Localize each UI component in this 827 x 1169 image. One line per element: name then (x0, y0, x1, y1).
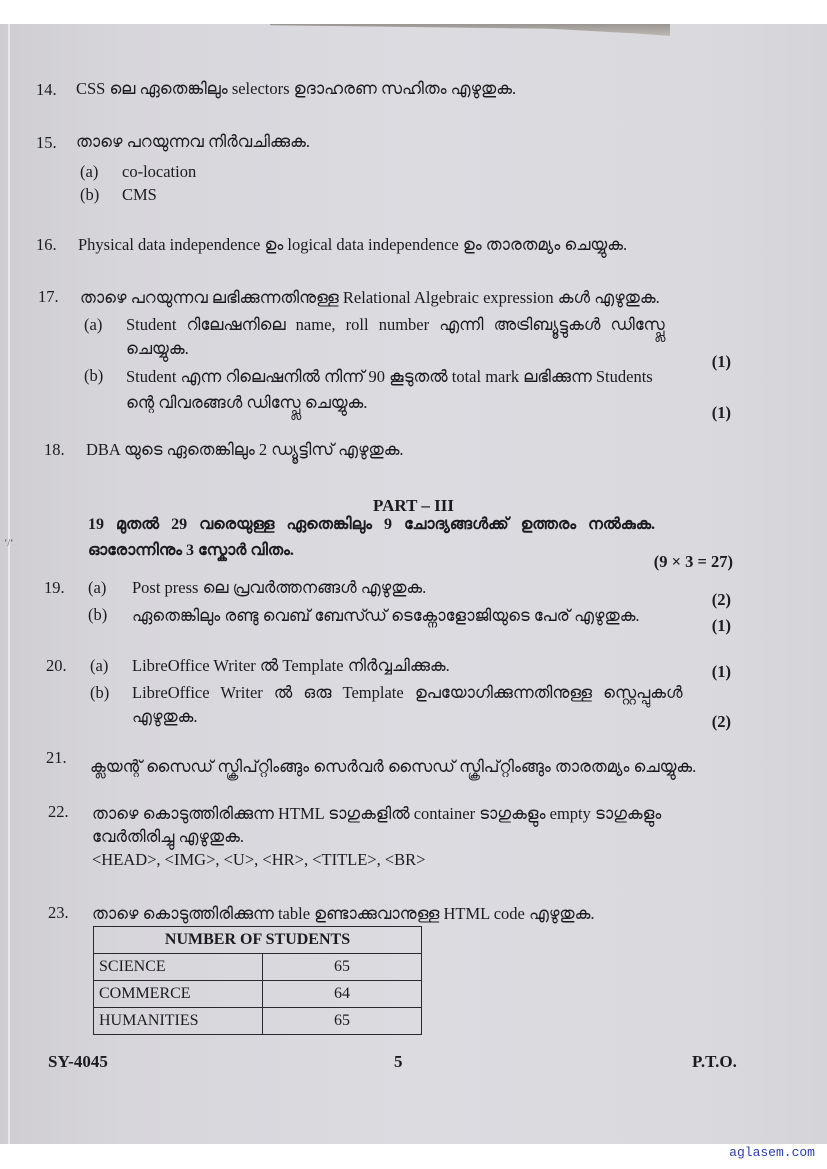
question-17b-line1: Student എന്ന റിലെഷനിൽ നിന്ന് 90 കൂടുതൽ t… (126, 366, 653, 388)
pto-label: P.T.O. (692, 1052, 737, 1072)
question-22-line2: വേർതിരിച്ചു എഴുതുക. (92, 826, 244, 848)
paper-code: SY-4045 (48, 1052, 108, 1072)
question-number: 17. (38, 287, 59, 307)
marks: (1) (712, 662, 731, 682)
sub-label: (b) (90, 683, 109, 703)
table-row: SCIENCE 65 (94, 954, 422, 981)
section-instruction-line1: 19 മുതൽ 29 വരെയുള്ള ഏതെങ്കിലും 9 ചോദ്യങ്… (88, 516, 655, 534)
question-20a-text: LibreOffice Writer ൽ Template നിർവ്വചിക്… (132, 655, 450, 677)
question-number: 19. (44, 578, 65, 598)
marks: (1) (712, 352, 731, 372)
stray-mark: ʻ/ʻ (4, 538, 13, 549)
count-cell: 65 (263, 1008, 422, 1035)
question-19a-text: Post press ലെ പ്രവർത്തനങ്ങൾ എഴുതുക. (132, 577, 426, 599)
question-number: 18. (44, 440, 65, 460)
question-16-text: Physical data independence ഉം logical da… (78, 234, 627, 256)
question-number: 20. (46, 656, 67, 676)
question-20b-line1: LibreOffice Writer ൽ ഒരു Template ഉപയോഗി… (132, 682, 683, 704)
question-number: 23. (48, 903, 69, 923)
question-14-text: CSS ലെ ഏതെങ്കിലും selectors ഉദാഹരണ സഹിതം… (76, 78, 516, 100)
count-cell: 64 (263, 981, 422, 1008)
question-number: 21. (46, 748, 67, 768)
students-table: NUMBER OF STUDENTS SCIENCE 65 COMMERCE 6… (93, 926, 422, 1035)
marks: (2) (712, 590, 731, 610)
question-15b-text: CMS (122, 184, 157, 206)
section-total-marks: (9 × 3 = 27) (654, 552, 733, 572)
question-17a-line2: ചെയ്യുക. (126, 338, 189, 360)
sub-label: (b) (88, 605, 107, 625)
question-17a-line1: Student റിലേഷനിലെ name, roll number എന്ന… (126, 314, 665, 336)
sub-label: (a) (88, 578, 106, 598)
question-18-text: DBA യുടെ ഏതെങ്കിലും 2 ഡ്യൂട്ടിസ് എഴുതുക. (86, 439, 404, 461)
question-number: 15. (36, 133, 57, 153)
marks: (2) (712, 712, 731, 732)
question-number: 14. (36, 80, 57, 100)
sub-label: (a) (80, 162, 98, 182)
sub-label: (a) (84, 315, 102, 335)
question-17-text: താഴെ പറയുന്നവ ലഭിക്കുന്നതിനുള്ള Relation… (80, 287, 660, 309)
question-23-text: താഴെ കൊടുത്തിരിക്കുന്ന table ഉണ്ടാക്കുവാ… (92, 903, 594, 925)
sub-label: (a) (90, 656, 108, 676)
table-row: HUMANITIES 65 (94, 1008, 422, 1035)
marks: (1) (712, 403, 731, 423)
count-cell: 65 (263, 954, 422, 981)
marks: (1) (712, 616, 731, 636)
question-19b-text: ഏതെങ്കിലും രണ്ടു വെബ് ബേസ്ഡ് ടെക്നോളോജിയ… (132, 605, 640, 627)
table-row: COMMERCE 64 (94, 981, 422, 1008)
question-number: 16. (36, 235, 57, 255)
section-instruction-line2: ഓരോന്നിനും 3 സ്കോർ വിതം. (88, 542, 294, 560)
watermark: aglasem.com (729, 1145, 815, 1160)
question-20b-line2: എഴുതുക. (132, 706, 197, 728)
stream-cell: COMMERCE (94, 981, 263, 1008)
page-number: 5 (394, 1052, 403, 1072)
question-22-line1: താഴെ കൊടുത്തിരിക്കുന്ന HTML ടാഗുകളിൽ con… (92, 803, 661, 825)
sub-label: (b) (84, 366, 103, 386)
question-17b-line2: ന്റെ വിവരങ്ങൾ ഡിസ്പ്ലേ ചെയ്യുക. (126, 392, 367, 414)
stream-cell: SCIENCE (94, 954, 263, 981)
table-header: NUMBER OF STUDENTS (94, 927, 422, 954)
question-22-tags: <HEAD>, <IMG>, <U>, <HR>, <TITLE>, <BR> (92, 849, 425, 871)
question-number: 22. (48, 802, 69, 822)
section-heading: PART – III (0, 496, 827, 516)
question-15a-text: co-location (122, 161, 196, 183)
sub-label: (b) (80, 185, 99, 205)
question-21-text: ക്ലയന്റ് സൈഡ് സ്ക്രിപ്റ്റിംങ്ങും സെർവർ സ… (90, 756, 696, 778)
question-15-text: താഴെ പറയുന്നവ നിർവചിക്കുക. (76, 131, 310, 153)
stream-cell: HUMANITIES (94, 1008, 263, 1035)
